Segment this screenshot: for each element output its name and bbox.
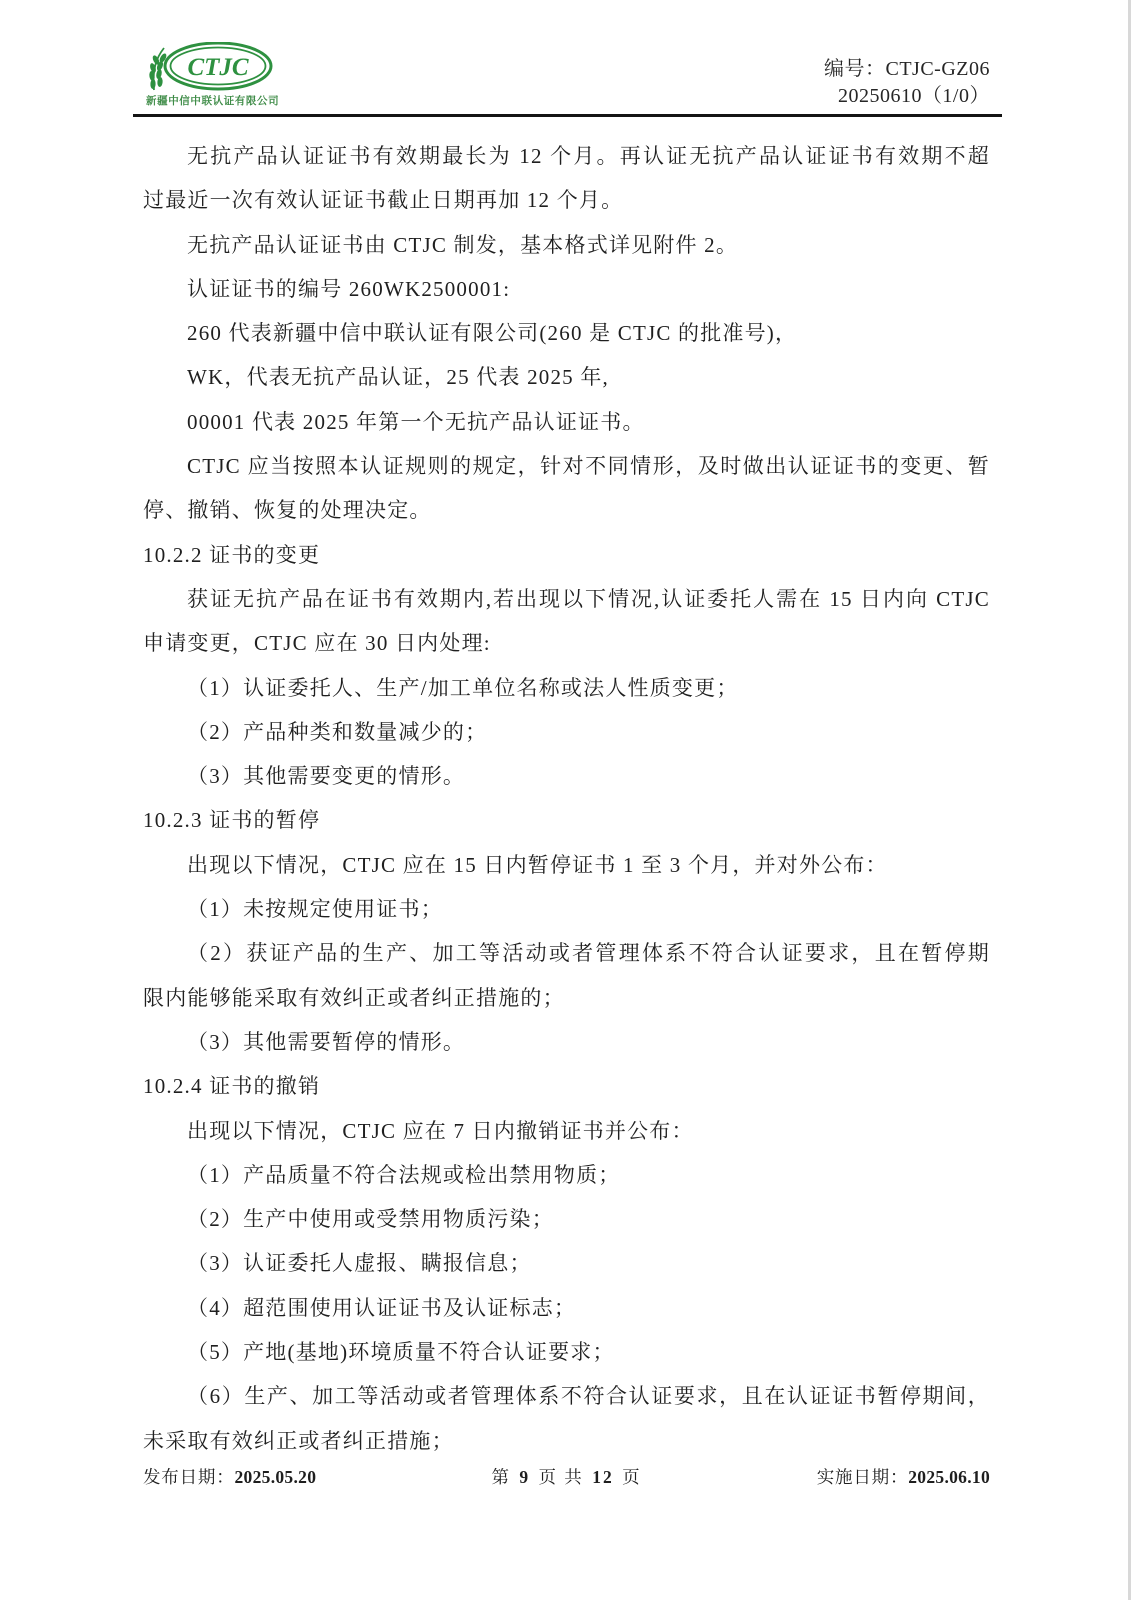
- document-version: 20250610（1/0）: [824, 83, 990, 110]
- body-line: WK，代表无抗产品认证，25 代表 2025 年,: [143, 355, 990, 399]
- body-line: （2）产品种类和数量减少的；: [143, 710, 990, 754]
- body-line: 过最近一次有效认证证书截止日期再加 12 个月。: [143, 178, 990, 222]
- document-id-block: 编号：CTJC-GZ06 20250610（1/0）: [824, 56, 990, 110]
- body-line: 10.2.2 证书的变更: [143, 533, 990, 577]
- header-divider: [133, 114, 1002, 117]
- body-line: 10.2.3 证书的暂停: [143, 798, 990, 842]
- body-line: 10.2.4 证书的撤销: [143, 1064, 990, 1108]
- document-body: 无抗产品认证证书有效期最长为 12 个月。再认证无抗产品认证证书有效期不超过最近…: [143, 134, 990, 1463]
- ctjc-logo-icon: CTJC: [146, 42, 274, 92]
- document-page: CTJC 新疆中信中联认证有限公司 编号：CTJC-GZ06 20250610（…: [0, 0, 1131, 1600]
- body-line: 停、撤销、恢复的处理决定。: [143, 488, 990, 532]
- page-number-suffix: 页: [622, 1467, 642, 1487]
- body-line: 获证无抗产品在证书有效期内,若出现以下情况,认证委托人需在 15 日内向 CTJ…: [143, 577, 990, 621]
- body-line: 260 代表新疆中信中联认证有限公司(260 是 CTJC 的批准号)，: [143, 311, 990, 355]
- body-line: （1）产品质量不符合法规或检出禁用物质；: [143, 1153, 990, 1197]
- body-line: （2）获证产品的生产、加工等活动或者管理体系不符合认证要求，且在暂停期: [143, 931, 990, 975]
- body-line: 出现以下情况，CTJC 应在 15 日内暂停证书 1 至 3 个月，并对外公布：: [143, 843, 990, 887]
- body-line: （1）认证委托人、生产/加工单位名称或法人性质变更；: [143, 666, 990, 710]
- implementation-date: 实施日期：2025.06.10: [817, 1464, 990, 1489]
- body-line: 申请变更，CTJC 应在 30 日内处理:: [143, 621, 990, 665]
- company-name: 新疆中信中联认证有限公司: [146, 93, 279, 108]
- page-number-current: 9: [517, 1467, 532, 1487]
- page-number-middle: 页 共: [538, 1467, 583, 1487]
- body-line: 无抗产品认证证书由 CTJC 制发，基本格式详见附件 2。: [143, 223, 990, 267]
- implementation-date-label: 实施日期：: [817, 1467, 909, 1487]
- body-line: CTJC 应当按照本认证规则的规定，针对不同情形，及时做出认证证书的变更、暂: [143, 444, 990, 488]
- issue-date-label: 发布日期：: [143, 1467, 235, 1487]
- page-number: 第 9 页 共 12 页: [491, 1464, 641, 1489]
- body-line: （2）生产中使用或受禁用物质污染；: [143, 1197, 990, 1241]
- document-number: 编号：CTJC-GZ06: [824, 56, 990, 83]
- body-line: （5）产地(基地)环境质量不符合认证要求；: [143, 1330, 990, 1374]
- page-number-total: 12: [590, 1467, 616, 1487]
- body-line: （3）其他需要变更的情形。: [143, 754, 990, 798]
- page-number-prefix: 第: [491, 1467, 511, 1487]
- body-line: 认证证书的编号 260WK2500001:: [143, 267, 990, 311]
- body-line: （1）未按规定使用证书；: [143, 887, 990, 931]
- body-line: （6）生产、加工等活动或者管理体系不符合认证要求，且在认证证书暂停期间，: [143, 1374, 990, 1418]
- body-line: （3）认证委托人虚报、瞒报信息；: [143, 1241, 990, 1285]
- body-line: 未采取有效纠正或者纠正措施；: [143, 1419, 990, 1463]
- body-line: 无抗产品认证证书有效期最长为 12 个月。再认证无抗产品认证证书有效期不超: [143, 134, 990, 178]
- body-line: 出现以下情况，CTJC 应在 7 日内撤销证书并公布：: [143, 1109, 990, 1153]
- page-footer: 发布日期：2025.05.20 第 9 页 共 12 页 实施日期：2025.0…: [143, 1464, 990, 1489]
- body-line: 00001 代表 2025 年第一个无抗产品认证证书。: [143, 400, 990, 444]
- logo-acronym-text: CTJC: [187, 54, 248, 81]
- body-line: 限内能够能采取有效纠正或者纠正措施的；: [143, 976, 990, 1020]
- issue-date-value: 2025.05.20: [235, 1467, 317, 1487]
- issue-date: 发布日期：2025.05.20: [143, 1464, 316, 1489]
- implementation-date-value: 2025.06.10: [908, 1467, 990, 1487]
- body-line: （3）其他需要暂停的情形。: [143, 1020, 990, 1064]
- ctjc-logo: CTJC 新疆中信中联认证有限公司: [146, 42, 279, 108]
- body-line: （4）超范围使用认证证书及认证标志；: [143, 1286, 990, 1330]
